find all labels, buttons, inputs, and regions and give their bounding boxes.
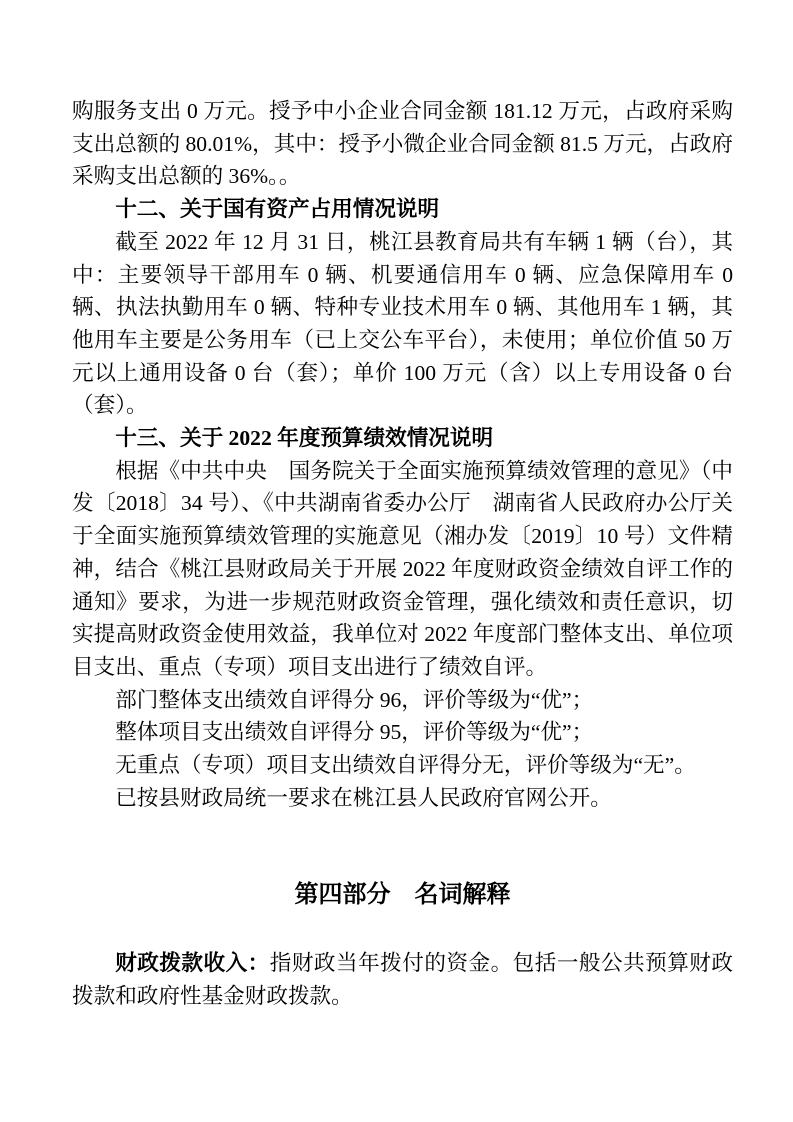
document-body: 购服务支出 0 万元。授予中小企业合同金额 181.12 万元，占政府采购支出总… <box>0 0 793 1013</box>
paragraph: 部门整体支出绩效自评得分 96，评价等级为“优”； <box>72 684 733 717</box>
paragraph: 根据《中共中央 国务院关于全面实施预算绩效管理的意见》（中发〔2018〕34 号… <box>72 455 733 684</box>
section-heading: 十三、关于 2022 年度预算绩效情况说明 <box>72 422 733 455</box>
paragraph: 无重点（专项）项目支出绩效自评得分无，评价等级为“无”。 <box>72 749 733 782</box>
part-heading: 第四部分 名词解释 <box>72 877 733 913</box>
paragraph: 已按县财政局统一要求在桃江县人民政府官网公开。 <box>72 782 733 815</box>
definition-paragraph: 财政拨款收入：指财政当年拨付的资金。包括一般公共预算财政拨款和政府性基金财政拨款… <box>72 947 733 1012</box>
section-heading: 十二、关于国有资产占用情况说明 <box>72 193 733 226</box>
paragraph: 购服务支出 0 万元。授予中小企业合同金额 181.12 万元，占政府采购支出总… <box>72 95 733 193</box>
paragraph: 截至 2022 年 12 月 31 日，桃江县教育局共有车辆 1 辆（台），其中… <box>72 226 733 422</box>
definition-term: 财政拨款收入： <box>115 951 270 975</box>
document-page: 购服务支出 0 万元。授予中小企业合同金额 181.12 万元，占政府采购支出总… <box>0 0 793 1122</box>
paragraph: 整体项目支出绩效自评得分 95，评价等级为“优”； <box>72 716 733 749</box>
